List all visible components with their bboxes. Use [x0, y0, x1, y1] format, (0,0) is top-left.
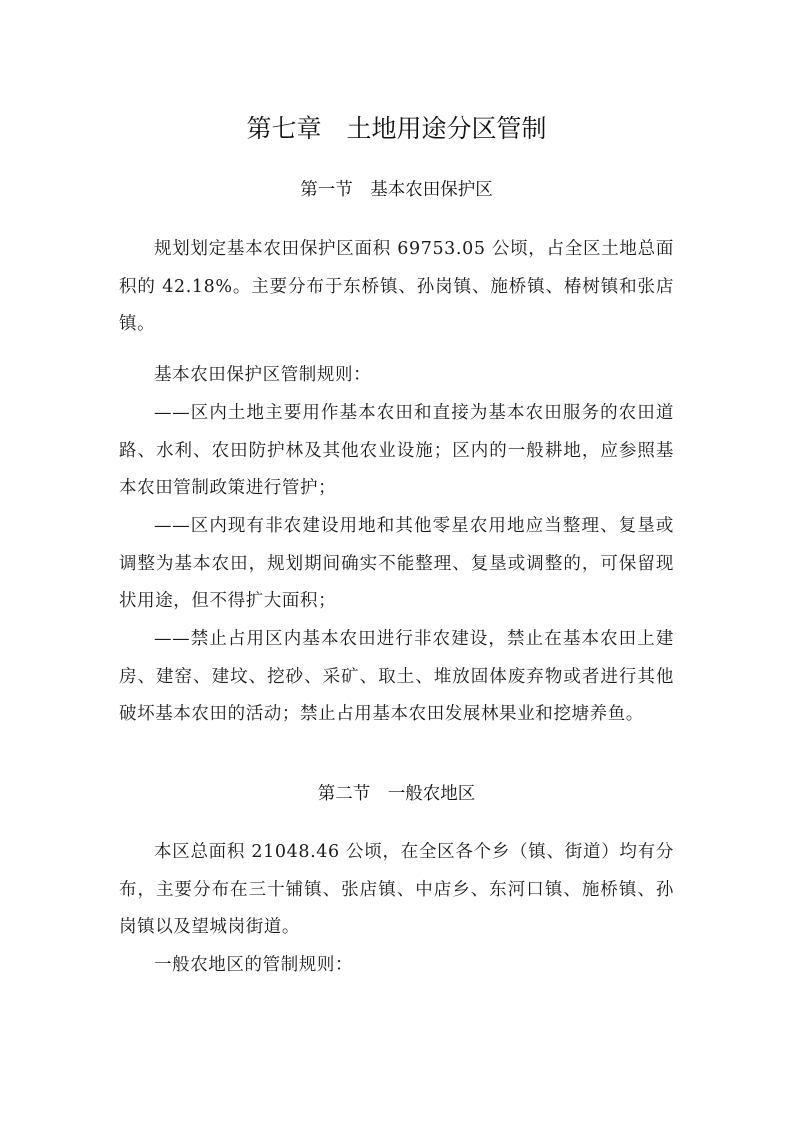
paragraph-rule-2: ——区内现有非农建设用地和其他零星农用地应当整理、复垦或调整为基本农田，规划期间…	[119, 508, 674, 621]
chapter-title: 第七章 土地用途分区管制	[0, 112, 793, 146]
section-title-1: 第一节 基本农田保护区	[0, 177, 793, 203]
paragraph-rules-heading: 基本农田保护区管制规则：	[119, 357, 674, 395]
document-page: 第七章 土地用途分区管制 第一节 基本农田保护区 规划划定基本农田保护区面积 6…	[0, 0, 793, 1122]
paragraph-area-summary: 规划划定基本农田保护区面积 69753.05 公顷，占全区土地总面积的 42.1…	[119, 231, 674, 344]
paragraph-general-area-summary: 本区总面积 21048.46 公顷，在全区各个乡（镇、街道）均有分布，主要分布在…	[119, 834, 674, 947]
paragraph-rule-1: ——区内土地主要用作基本农田和直接为基本农田服务的农田道路、水利、农田防护林及其…	[119, 395, 674, 508]
paragraph-rule-3: ——禁止占用区内基本农田进行非农建设，禁止在基本农田上建房、建窑、建坟、挖砂、采…	[119, 621, 674, 734]
paragraph-general-rules-heading: 一般农地区的管制规则：	[119, 947, 674, 985]
section-title-2: 第二节 一般农地区	[0, 781, 793, 807]
